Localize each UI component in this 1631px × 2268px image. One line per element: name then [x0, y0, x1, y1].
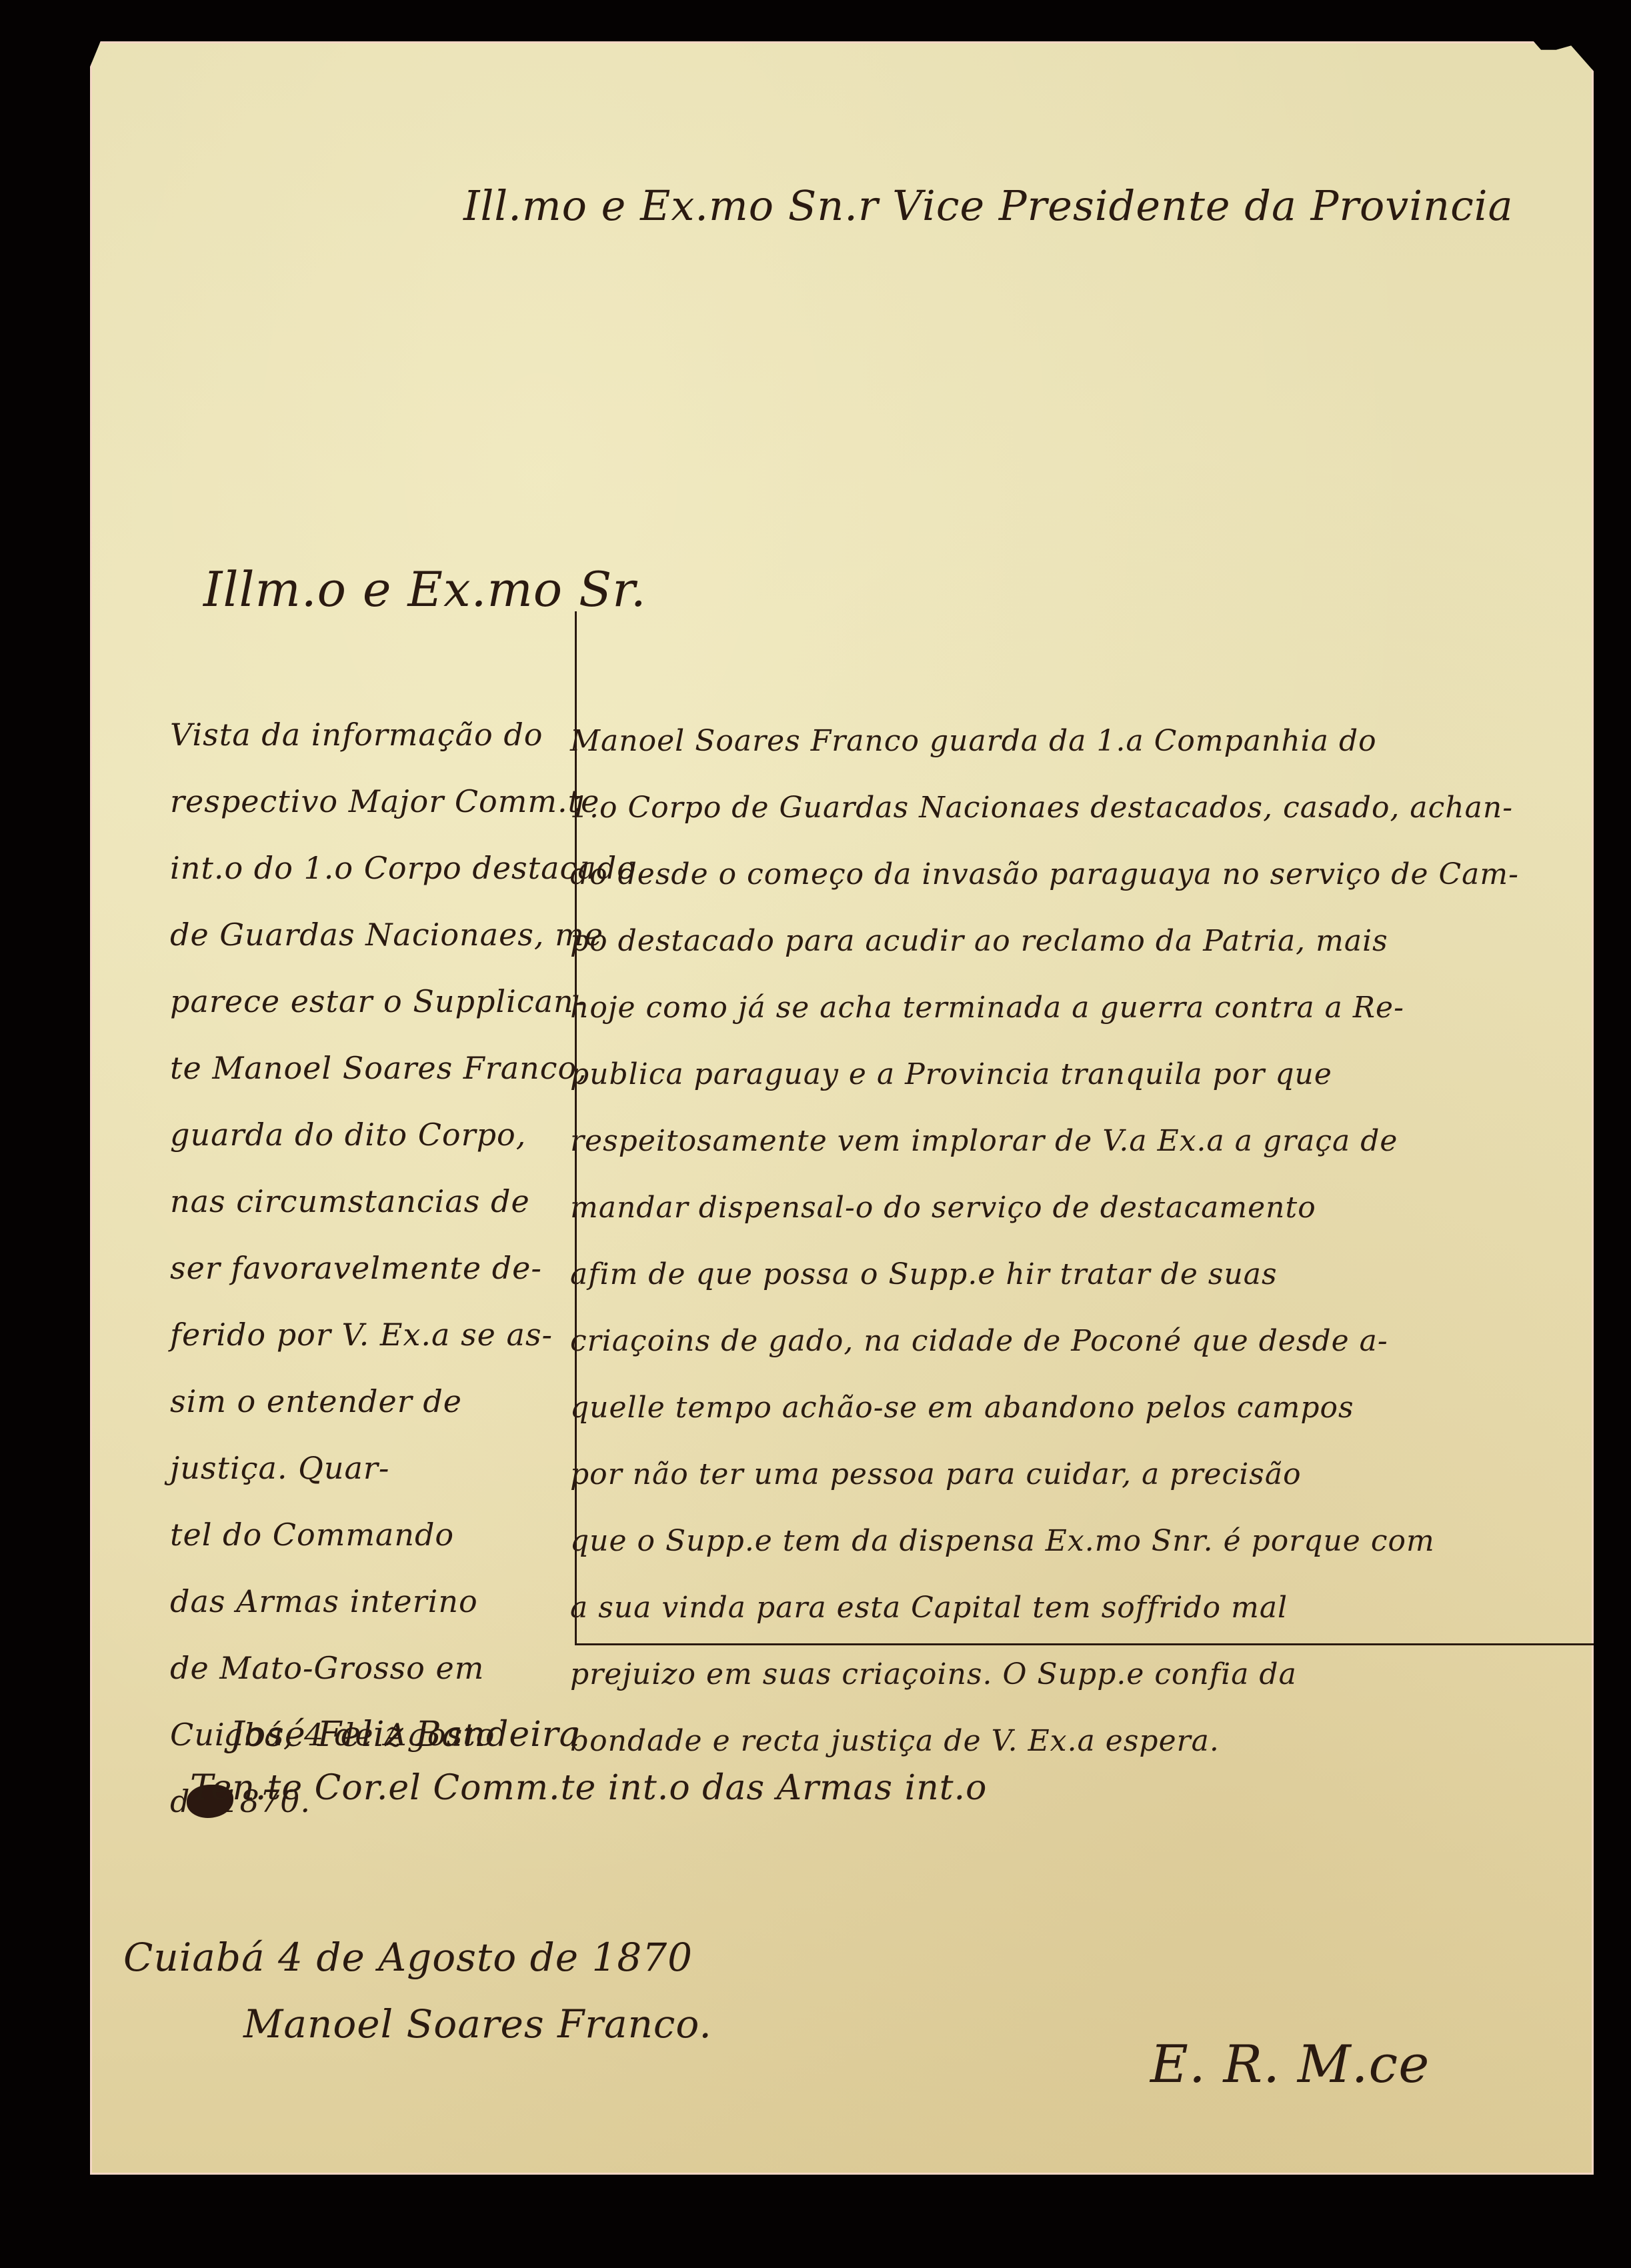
petition-line: publica paraguay e a Provincia tranquila… — [570, 1041, 1519, 1108]
place-date: Cuiabá 4 de Agosto de 1870 — [123, 1935, 693, 1980]
dispatch-line: te Manoel Soares Franco, — [170, 1035, 636, 1101]
petition-line: mandar dispensal-o do serviço de destaca… — [570, 1175, 1519, 1241]
petition-line: criaçoins de gado, na cidade de Poconé q… — [570, 1308, 1519, 1375]
dispatch-line: int.o do 1.o Corpo destacado — [170, 835, 636, 901]
address-line: Ill.mo e Ex.mo Sn.r Vice Presidente da P… — [463, 181, 1514, 230]
petition-line: a sua vinda para esta Capital tem soffri… — [570, 1575, 1519, 1641]
dispatch-column: Vista da informação do respectivo Major … — [170, 701, 636, 1835]
dispatch-line: de Guardas Nacionaes, me — [170, 901, 636, 968]
petition-column: Manoel Soares Franco guarda da 1.a Compa… — [570, 708, 1519, 1775]
salutation: Illm.o e Ex.mo Sr. — [203, 561, 647, 617]
dispatch-line: ser favoravelmente de- — [170, 1235, 636, 1301]
officer-signature-name: José Feliz Bandeira — [230, 1715, 581, 1755]
dispatch-line: ferido por V. Ex.a se as- — [170, 1301, 636, 1368]
manuscript-page: Ill.mo e Ex.mo Sn.r Vice Presidente da P… — [90, 41, 1594, 2175]
dispatch-line: respectivo Major Comm.te — [170, 768, 636, 835]
petitioner-signature: Manoel Soares Franco. — [243, 2001, 712, 2047]
dispatch-line: das Armas interino — [170, 1568, 636, 1635]
petition-line: prejuizo em suas criaçoins. O Supp.e con… — [570, 1641, 1519, 1708]
petition-line: Manoel Soares Franco guarda da 1.a Compa… — [570, 708, 1519, 775]
petition-line: po destacado para acudir ao reclamo da P… — [570, 908, 1519, 975]
dispatch-line: tel do Commando — [170, 1501, 636, 1568]
petition-line: respeitosamente vem implorar de V.a Ex.a… — [570, 1108, 1519, 1175]
dispatch-line: parece estar o Supplican- — [170, 968, 636, 1035]
petition-line: afim de que possa o Supp.e hir tratar de… — [570, 1241, 1519, 1308]
petition-line: bondade e recta justiça de V. Ex.a esper… — [570, 1708, 1519, 1775]
petition-line: que o Supp.e tem da dispensa Ex.mo Snr. … — [570, 1508, 1519, 1575]
petition-line: 1.o Corpo de Guardas Nacionaes destacado… — [570, 775, 1519, 841]
dispatch-line: de Mato-Grosso em — [170, 1635, 636, 1701]
dispatch-line: nas circumstancias de — [170, 1168, 636, 1235]
dispatch-line: sim o entender de — [170, 1368, 636, 1435]
petition-line: por não ter uma pessoa para cuidar, a pr… — [570, 1441, 1519, 1508]
petition-line: quelle tempo achão-se em abandono pelos … — [570, 1375, 1519, 1441]
dispatch-line: justiça. Quar- — [170, 1435, 636, 1501]
dispatch-line: Vista da informação do — [170, 701, 636, 768]
dispatch-line: guarda do dito Corpo, — [170, 1101, 636, 1168]
closing-formula: E. R. M.ce — [1150, 2035, 1430, 2095]
petition-line: do desde o começo da invasão paraguaya n… — [570, 841, 1519, 908]
petition-line: hoje como já se acha terminada a guerra … — [570, 975, 1519, 1041]
officer-signature-title: Ten.te Cor.el Comm.te int.o das Armas in… — [190, 1768, 987, 1808]
